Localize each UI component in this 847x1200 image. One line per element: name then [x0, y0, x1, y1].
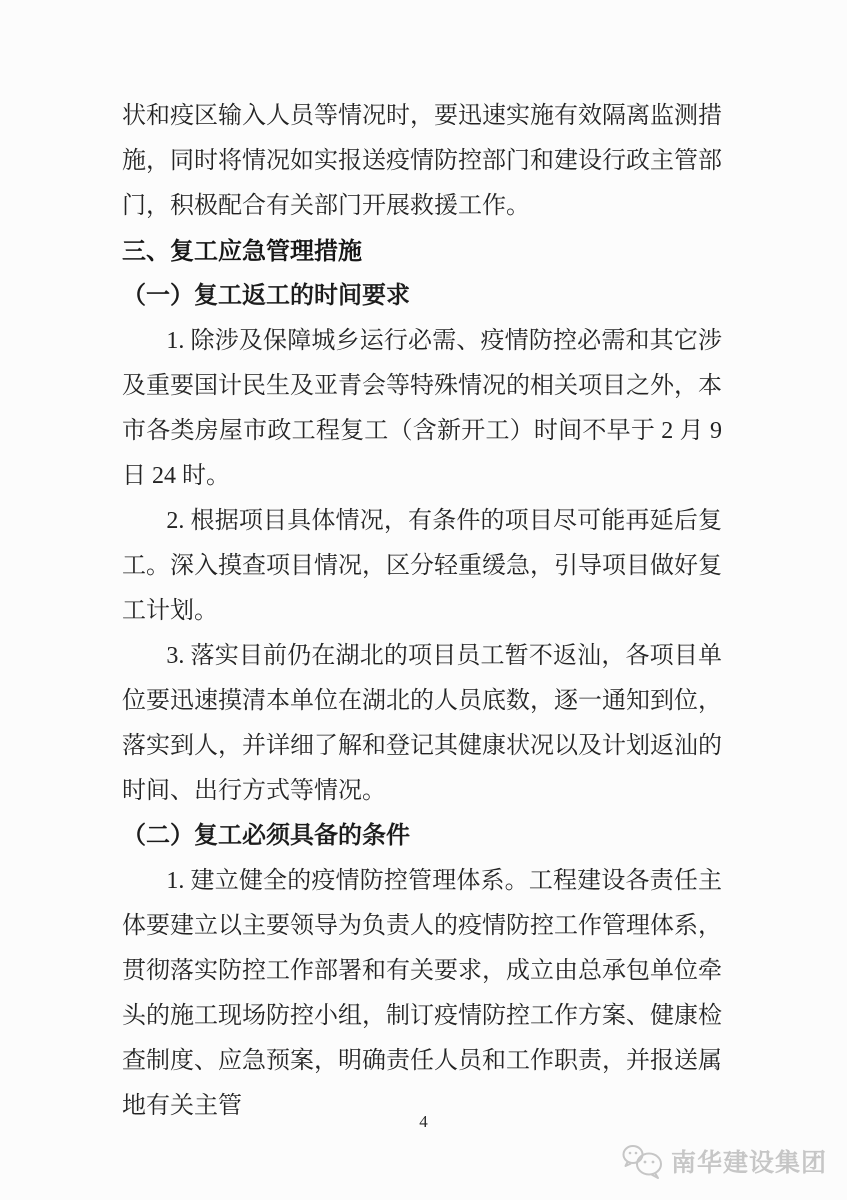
- page-number: 4: [0, 1112, 847, 1132]
- subsection-heading: （一）复工返工的时间要求: [122, 274, 722, 319]
- paragraph: 3. 落实目前仍在湖北的项目员工暂不返汕，各项目单位要迅速摸清本单位在湖北的人员…: [122, 634, 722, 814]
- paragraph: 1. 建立健全的疫情防控管理体系。工程建设各责任主体要建立以主要领导为负责人的疫…: [122, 859, 722, 1129]
- watermark-brand-text: 南华建设集团: [671, 1143, 827, 1179]
- section-heading: 三、复工应急管理措施: [122, 229, 722, 274]
- watermark: 南华建设集团: [622, 1142, 827, 1180]
- paragraph: 2. 根据项目具体情况，有条件的项目尽可能再延后复工。深入摸查项目情况，区分轻重…: [122, 499, 722, 634]
- paragraph: 1. 除涉及保障城乡运行必需、疫情防控必需和其它涉及重要国计民生及亚青会等特殊情…: [122, 319, 722, 499]
- wechat-icon: [622, 1142, 664, 1180]
- document-page: 状和疫区输入人员等情况时，要迅速实施有效隔离监测措施，同时将情况如实报送疫情防控…: [0, 0, 847, 1200]
- document-body: 状和疫区输入人员等情况时，要迅速实施有效隔离监测措施，同时将情况如实报送疫情防控…: [122, 94, 722, 1129]
- subsection-heading: （二）复工必须具备的条件: [122, 814, 722, 859]
- paragraph: 状和疫区输入人员等情况时，要迅速实施有效隔离监测措施，同时将情况如实报送疫情防控…: [122, 94, 722, 229]
